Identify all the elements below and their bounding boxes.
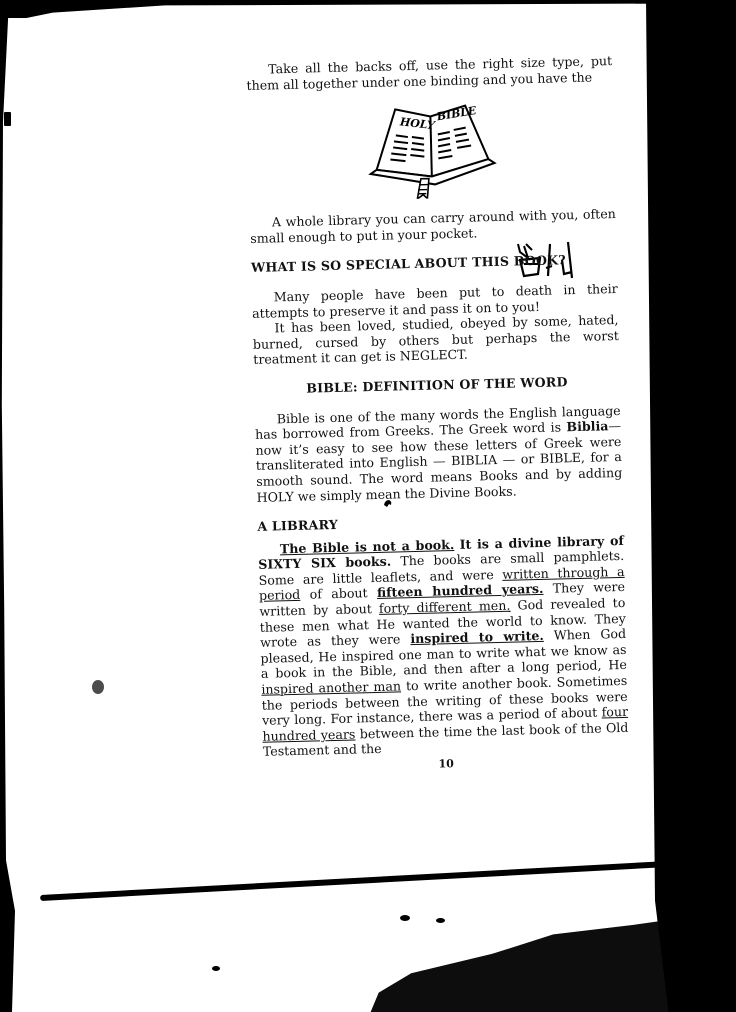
scan-speck [92, 680, 104, 694]
definition-paragraph: Bible is one of the many words the Engli… [255, 402, 623, 504]
scan-speck [4, 112, 11, 126]
book-page: Take all the backs off, use the right si… [246, 53, 629, 776]
intro-paragraph: Take all the backs off, use the right si… [246, 53, 613, 93]
scan-left-edge [0, 0, 30, 1012]
page-bottom-edge [40, 860, 694, 901]
scan-top-edge [0, 0, 660, 18]
scan-bottom-shadow [330, 915, 736, 1012]
scan-speck [400, 915, 410, 921]
scan-right-strip [730, 0, 736, 1012]
open-bible-icon: HOLY BIBLE [355, 97, 507, 201]
scan-speck [436, 918, 445, 923]
library-section-paragraph: The Bible is not a book. It is a divine … [258, 533, 629, 760]
greek-word: Biblia [566, 418, 608, 434]
scan-speck [212, 966, 220, 971]
